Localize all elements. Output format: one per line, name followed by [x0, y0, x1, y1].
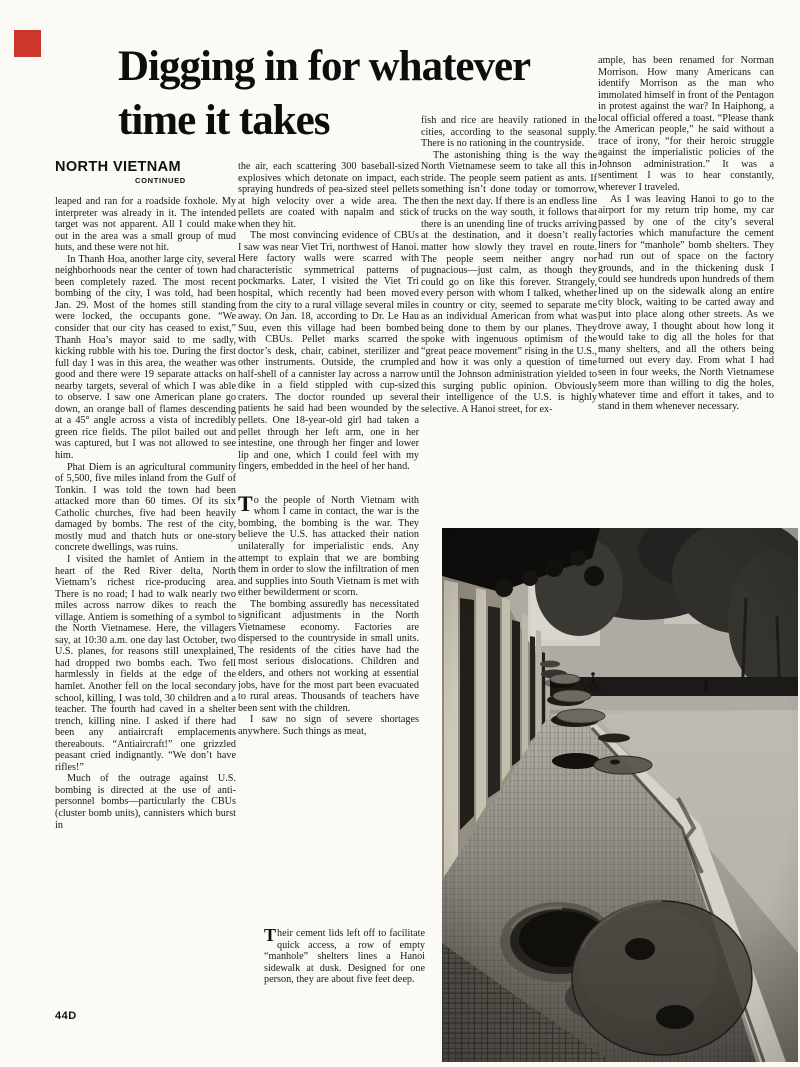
initial-cap: T	[238, 495, 254, 512]
paragraph: The most convincing evidence of CBUs I s…	[238, 230, 419, 472]
magazine-page: { "page": { "title_line1": "Digging in f…	[0, 0, 800, 1067]
paragraph: The bombing assuredly has necessitated s…	[238, 599, 419, 714]
paragraph: As I was leaving Hanoi to go to the airp…	[598, 194, 774, 413]
paragraph: The astonishing thing is the way the Nor…	[421, 150, 597, 416]
paragraph-with-initial: To the people of North Vietnam with whom…	[238, 495, 419, 599]
section-kicker-title: NORTH VIETNAM	[55, 159, 240, 175]
article-column-4: ample, has been renamed for Norman Morri…	[598, 55, 774, 517]
paragraph-text: o the people of North Vietnam with whom …	[238, 495, 419, 598]
paragraph: I visited the hamlet of Antiem in the he…	[55, 554, 236, 773]
red-accent-square	[14, 30, 41, 57]
section-kicker: NORTH VIETNAM CONTINUED	[55, 159, 240, 185]
paragraph: Much of the outrage against U.S. bombing…	[55, 773, 236, 831]
article-title-line1: Digging in for whatever	[118, 40, 638, 94]
photo-illustration	[442, 528, 798, 1062]
page-number: 44D	[55, 1010, 77, 1022]
paragraph: leaped and ran for a roadside foxhole. M…	[55, 196, 236, 254]
hanoi-sidewalk-shelters-photo	[442, 528, 798, 1062]
paragraph: the air, each scattering 300 baseball-si…	[238, 161, 419, 230]
caption-initial-cap: T	[264, 928, 277, 942]
paragraph: Phat Diem is an agricultural community o…	[55, 462, 236, 554]
article-column-1: leaped and ran for a roadside foxhole. M…	[55, 196, 236, 940]
paragraph: I saw no sign of severe shortages anywhe…	[238, 714, 419, 737]
section-kicker-continued: CONTINUED	[135, 176, 240, 185]
photo-caption: Their cement lids left off to facilitate…	[264, 928, 425, 986]
article-column-3: fish and rice are heavily rationed in th…	[421, 115, 597, 515]
article-column-2: the air, each scattering 300 baseball-si…	[238, 161, 419, 923]
paragraph: In Thanh Hoa, another large city, severa…	[55, 254, 236, 462]
paragraph: ample, has been renamed for Norman Morri…	[598, 55, 774, 194]
caption-text: heir cement lids left off to facilitate …	[264, 928, 425, 985]
paragraph: fish and rice are heavily rationed in th…	[421, 115, 597, 150]
